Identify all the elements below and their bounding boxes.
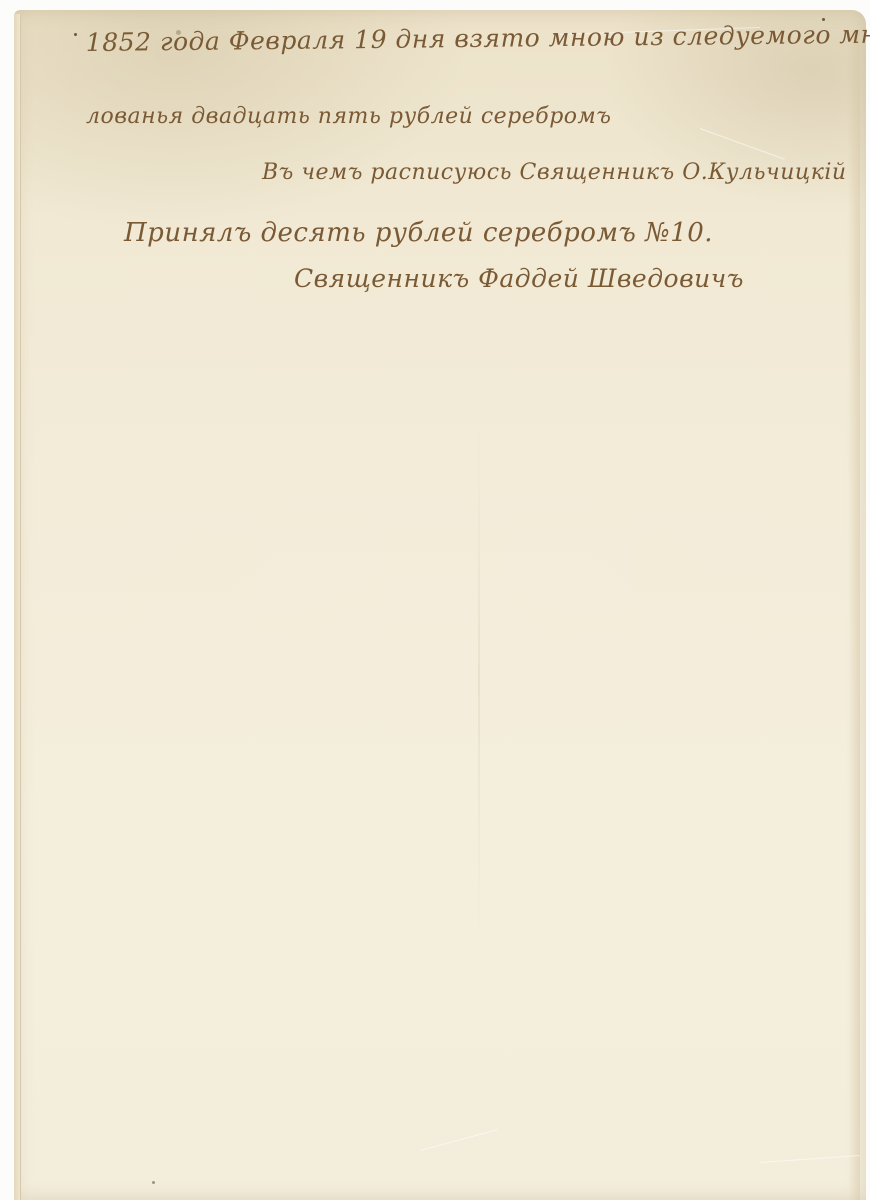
ink-spot — [152, 1181, 155, 1184]
scanned-page: 1852 года Февраля 19 дня взято мною из с… — [0, 0, 870, 1200]
paper-right-edge — [848, 30, 860, 1200]
ink-spot — [74, 33, 77, 36]
handwritten-line-signature-2: Священникъ Фаддей Шведовичъ — [294, 264, 744, 293]
handwritten-line-received: Принялъ десять рублей серебромъ №10. — [124, 218, 713, 248]
handwritten-line-amount: лованья двадцать пять рублей серебромъ — [86, 104, 611, 129]
handwritten-line-signature-1: Въ чемъ расписуюсь Священникъ О.Кульчицк… — [262, 160, 847, 185]
paper-left-edge — [14, 14, 21, 1200]
paper-fold — [478, 420, 480, 940]
paper-sheet — [14, 10, 866, 1200]
